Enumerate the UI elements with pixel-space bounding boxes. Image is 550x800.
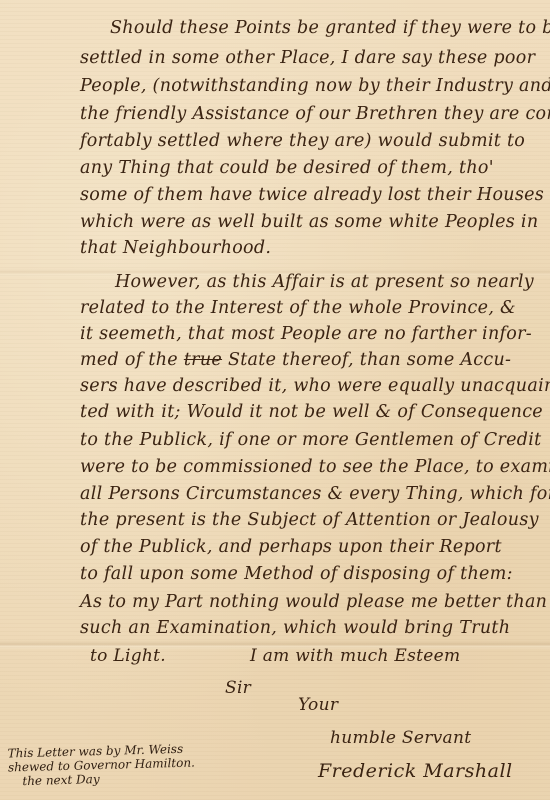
text-line: it seemeth, that most People are no fart… bbox=[80, 326, 532, 344]
text-line: fortably settled where they are) would s… bbox=[80, 133, 525, 151]
closing-esteem: I am with much Esteem bbox=[250, 648, 460, 665]
text-line: related to the Interest of the whole Pro… bbox=[80, 300, 516, 318]
letter-page: Should these Points be granted if they w… bbox=[0, 0, 550, 800]
text-line: sers have described it, who were equally… bbox=[80, 378, 550, 396]
text-fragment: med of the bbox=[80, 350, 178, 370]
signature: Frederick Marshall bbox=[318, 762, 513, 781]
text-line: of the Publick, and perhaps upon their R… bbox=[80, 539, 502, 557]
text-line: such an Examination, which would bring T… bbox=[80, 620, 510, 638]
closing-to-light: to Light. bbox=[90, 648, 166, 665]
text-line: Should these Points be granted if they w… bbox=[110, 20, 550, 38]
marginal-note: This Letter was by Mr. Weiss shewed to G… bbox=[7, 742, 195, 789]
text-line: settled in some other Place, I dare say … bbox=[80, 50, 535, 68]
closing-salutation: Sir bbox=[225, 680, 251, 697]
text-line: to fall upon some Method of disposing of… bbox=[80, 566, 513, 584]
text-fragment: State thereof, than some Accu- bbox=[228, 350, 511, 370]
text-line: to the Publick, if one or more Gentlemen… bbox=[80, 432, 541, 450]
text-line: As to my Part nothing would please me be… bbox=[80, 594, 547, 612]
text-line: which were as well built as some white P… bbox=[80, 214, 538, 232]
text-line: the friendly Assistance of our Brethren … bbox=[80, 106, 550, 124]
text-line: the present is the Subject of Attention … bbox=[80, 512, 539, 530]
text-line: that Neighbourhood. bbox=[80, 240, 271, 258]
text-line: any Thing that could be desired of them,… bbox=[80, 160, 494, 178]
text-line: some of them have twice already lost the… bbox=[80, 187, 544, 205]
text-line: all Persons Circumstances & every Thing,… bbox=[80, 486, 550, 504]
text-line: were to be commissioned to see the Place… bbox=[80, 459, 550, 477]
closing-humble-servant: humble Servant bbox=[330, 730, 471, 747]
text-line: People, (notwithstanding now by their In… bbox=[80, 78, 550, 96]
closing-your: Your bbox=[298, 697, 338, 714]
text-line: However, as this Affair is at present so… bbox=[115, 274, 534, 292]
struck-word: true bbox=[184, 350, 222, 370]
text-line: ted with it; Would it not be well & of C… bbox=[80, 404, 543, 422]
text-line: med of the true State thereof, than some… bbox=[80, 352, 511, 370]
